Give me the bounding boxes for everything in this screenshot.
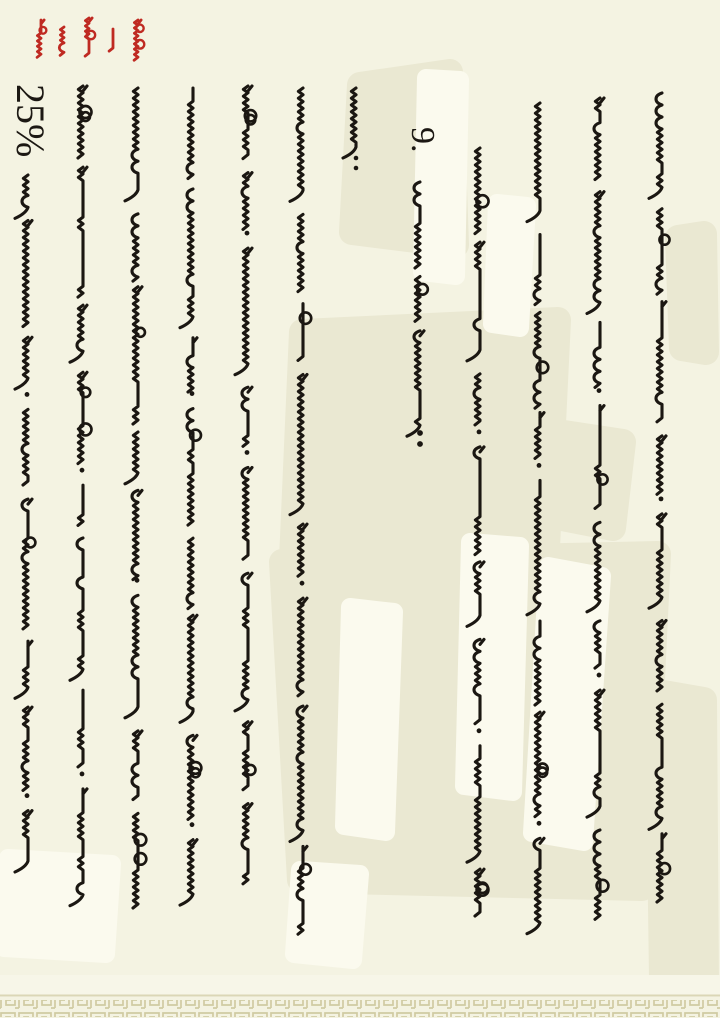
mongolian-script-layer [0,0,720,1018]
mongolian-text-column [587,98,608,919]
mongolian-text-column [15,175,35,872]
article-page: 25% 9. [0,0,720,1018]
mongolian-text-column [180,88,201,905]
mongolian-text-column [70,86,91,906]
mongolian-text-column [649,93,670,902]
mongolian-text-column [407,182,428,447]
section-item-number: 9. [405,127,439,153]
meander-pattern [0,1000,720,1017]
mongolian-text-column [235,86,256,884]
mongolian-text-column [467,148,489,916]
mongolian-text-column [527,103,548,934]
percentage-value: 25% [10,84,50,157]
mongolian-text-column [343,88,358,170]
mongolian-text-column [290,88,311,934]
greek-key-border [0,994,720,1018]
mongolian-text-column [125,88,146,908]
masthead-mongolian-script [37,18,144,60]
